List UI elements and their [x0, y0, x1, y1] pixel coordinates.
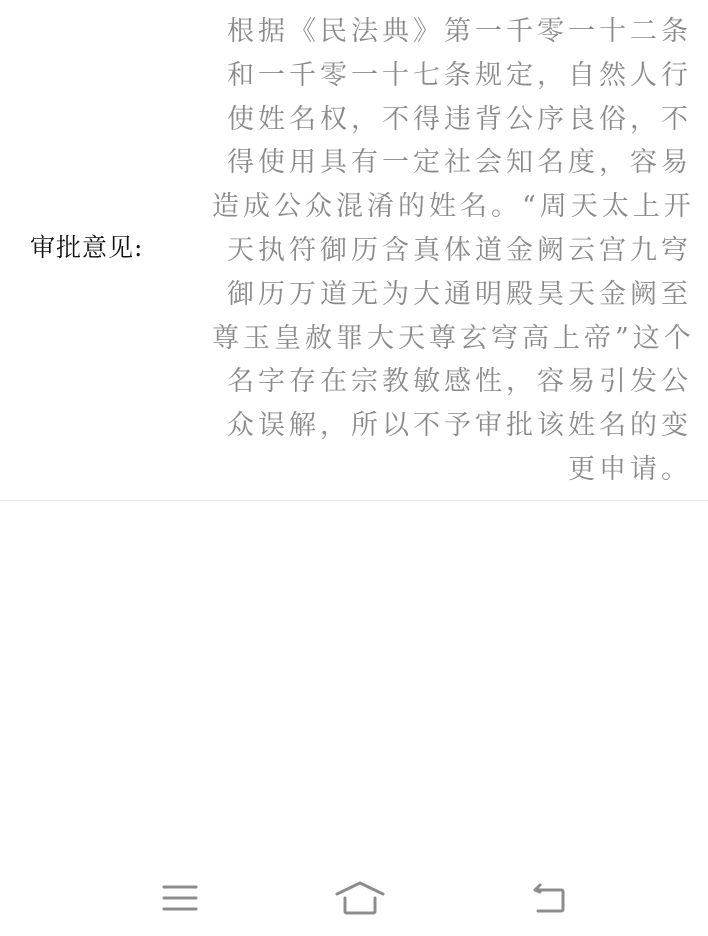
opinion-line: 尊玉皇赦罪大天尊玄穹高上帝”这个	[212, 317, 692, 361]
home-icon	[335, 881, 385, 915]
back-button[interactable]	[518, 870, 578, 926]
approval-opinion-row: 审批意见: 根据《民法典》第一千零一十二条 和一千零一十七条规定，自然人行 使姓…	[0, 0, 708, 501]
home-button[interactable]	[330, 870, 390, 926]
approval-opinion-text: 根据《民法典》第一千零一十二条 和一千零一十七条规定，自然人行 使姓名权，不得违…	[212, 10, 692, 492]
opinion-line: 天执符御历含真体道金阙云宫九穹	[212, 229, 692, 273]
opinion-line: 御历万道无为大通明殿昊天金阙至	[212, 273, 692, 317]
opinion-line: 根据《民法典》第一千零一十二条	[212, 10, 692, 54]
menu-button[interactable]	[150, 870, 210, 926]
opinion-line: 更申请。	[212, 448, 692, 492]
opinion-line: 名字存在宗教敏感性，容易引发公	[212, 360, 692, 404]
opinion-line: 造成公众混淆的姓名。“周天太上开	[212, 185, 692, 229]
menu-icon	[162, 883, 198, 913]
opinion-line: 使姓名权，不得违背公序良俗，不	[212, 98, 692, 142]
approval-opinion-label: 审批意见:	[30, 230, 143, 266]
system-navigation-bar	[0, 860, 708, 936]
opinion-line: 得使用具有一定社会知名度，容易	[212, 141, 692, 185]
back-icon	[530, 882, 566, 914]
opinion-line: 众误解，所以不予审批该姓名的变	[212, 404, 692, 448]
opinion-line: 和一千零一十七条规定，自然人行	[212, 54, 692, 98]
